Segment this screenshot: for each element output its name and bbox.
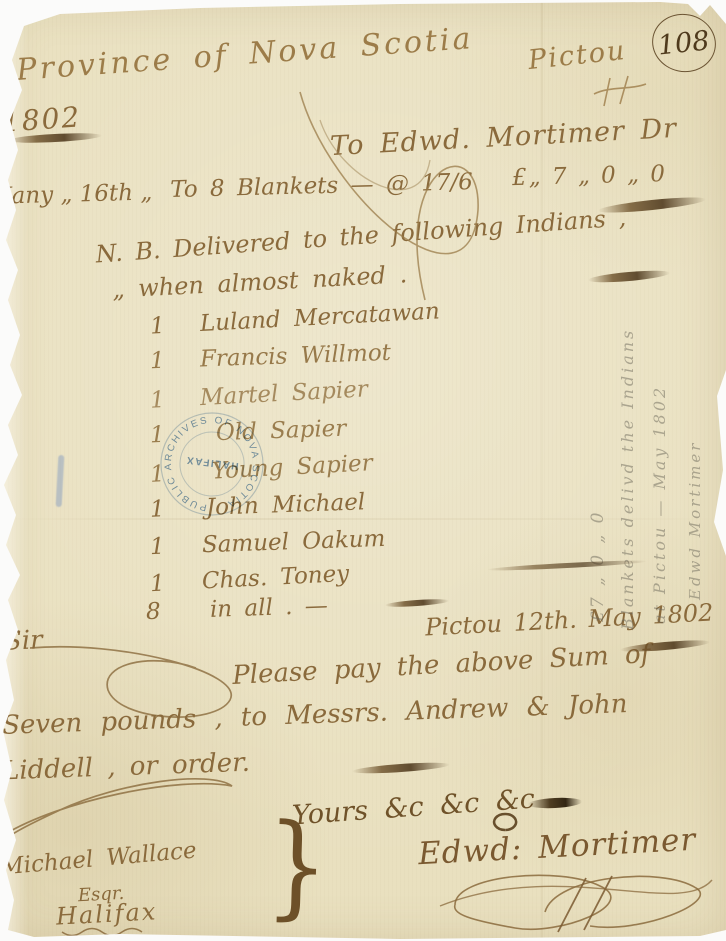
recipient-qty: 1 [149, 387, 165, 414]
stamp-center-text: HALIFAX [185, 454, 239, 471]
total-label: in all . — [209, 593, 328, 623]
archive-stamp-svg: PUBLIC ARCHIVES OF NOVA SCOTIA HALIFAX [152, 404, 272, 524]
scan-background: Province of Nova Scotia Pictou 108 1802 … [0, 0, 726, 941]
paper: Province of Nova Scotia Pictou 108 1802 … [0, 0, 726, 941]
total-qty: 8 [146, 599, 162, 625]
curly-brace: } [264, 800, 330, 934]
archive-stamp: PUBLIC ARCHIVES OF NOVA SCOTIA HALIFAX [152, 404, 272, 524]
recipient-qty: 1 [149, 313, 165, 340]
page-number: 108 [657, 25, 712, 61]
recipient-qty: 1 [149, 570, 165, 597]
entry-amount: £„ 7 „ 0 „ 0 [512, 163, 667, 190]
addressee-place: Halifax [55, 899, 157, 928]
year-margin: 1802 [1, 103, 82, 136]
recipient-qty: 1 [150, 348, 166, 374]
salutation: Sir [4, 627, 43, 654]
recipient-qty: 1 [150, 534, 166, 560]
entry-date: Jany „ 16th „ [2, 182, 152, 209]
docket-line-4: Edwd Mortimer [686, 441, 704, 600]
docket-line-2: Blankets delivd the Indians [618, 328, 637, 630]
docket-line-3: at Pictou — May 1802 [650, 385, 669, 624]
total-row: 8 in all . — [146, 595, 328, 624]
